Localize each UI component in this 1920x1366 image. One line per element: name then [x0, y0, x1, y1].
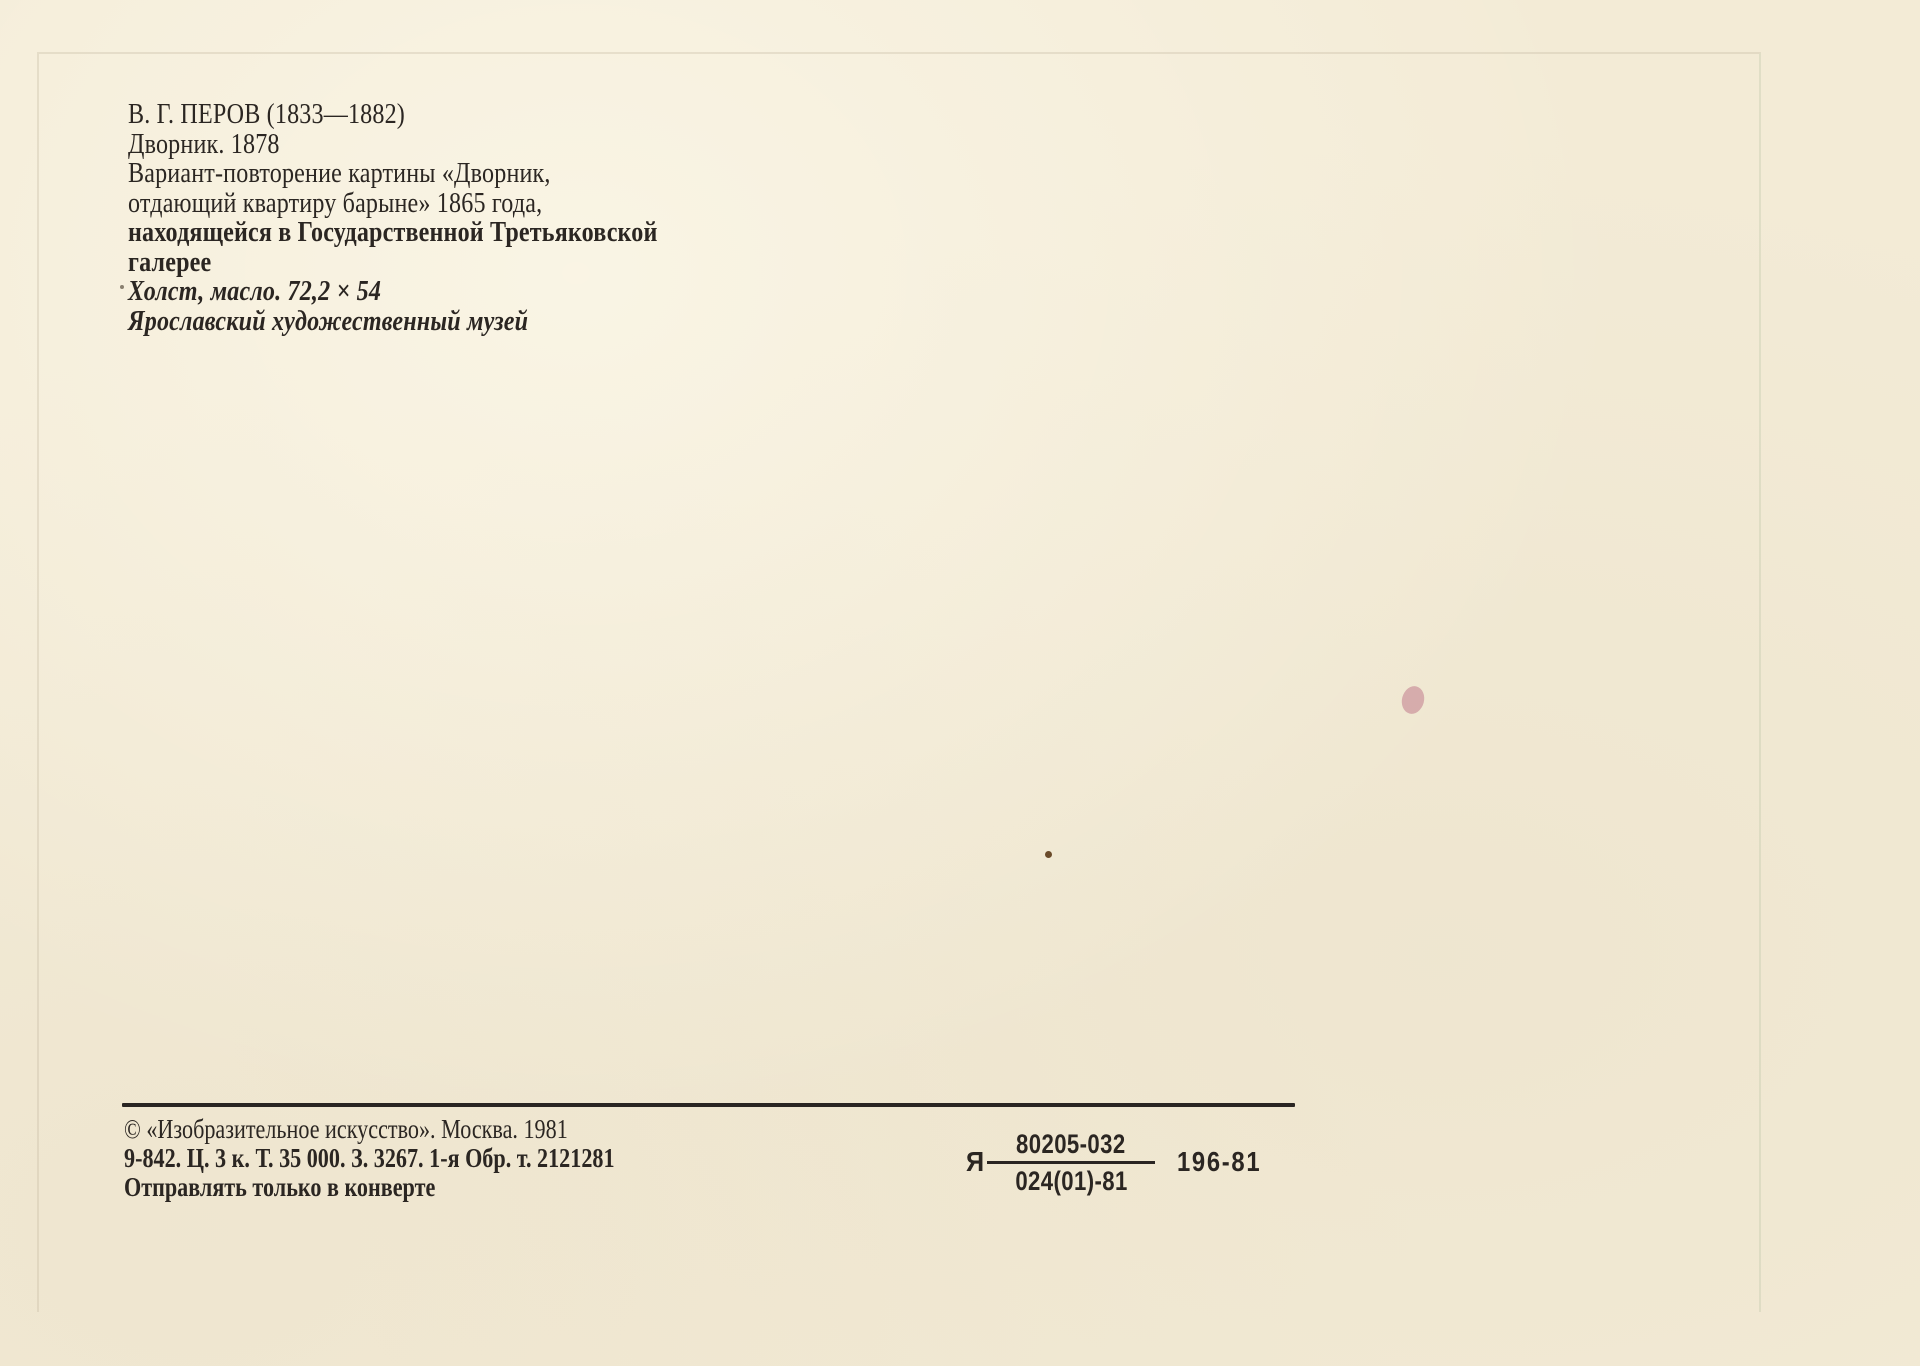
- fraction-bar: [987, 1161, 1155, 1164]
- paper-speck: [1045, 851, 1052, 858]
- publisher-line: © «Изобразительное искусство». Москва. 1…: [124, 1115, 796, 1144]
- index-numerator: 80205-032: [1016, 1128, 1126, 1160]
- artwork-medium: Холст, масло. 72,2 × 54: [128, 277, 902, 307]
- description-line: галерее: [128, 248, 902, 278]
- index-code: 196-81: [1177, 1146, 1261, 1178]
- divider-rule: [122, 1103, 1295, 1107]
- paper-speck: [120, 285, 124, 289]
- artist-name: В. Г. ПЕРОВ (1833—1882): [128, 100, 902, 130]
- index-denominator: 024(01)-81: [1015, 1165, 1127, 1197]
- catalog-index: Я 80205-032 024(01)-81 196-81: [965, 1122, 1276, 1202]
- description-line: находящейся в Государственной Третьяковс…: [128, 218, 902, 248]
- artwork-collection: Ярославский художественный музей: [128, 307, 902, 337]
- print-details-line: 9-842. Ц. 3 к. Т. 35 000. З. 3267. 1-я О…: [124, 1144, 796, 1173]
- publisher-imprint: © «Изобразительное искусство». Москва. 1…: [124, 1115, 944, 1202]
- artwork-title: Дворник. 1878: [128, 130, 902, 160]
- artwork-caption: В. Г. ПЕРОВ (1833—1882) Дворник. 1878 Ва…: [128, 100, 1028, 336]
- description-line: отдающий квартиру барыне» 1865 года,: [128, 189, 902, 219]
- index-prefix: Я: [966, 1146, 984, 1178]
- index-fraction: 80205-032 024(01)-81: [987, 1128, 1155, 1197]
- description-line: Вариант-повторение картины «Дворник,: [128, 159, 902, 189]
- mailing-notice: Отправлять только в конверте: [124, 1173, 796, 1202]
